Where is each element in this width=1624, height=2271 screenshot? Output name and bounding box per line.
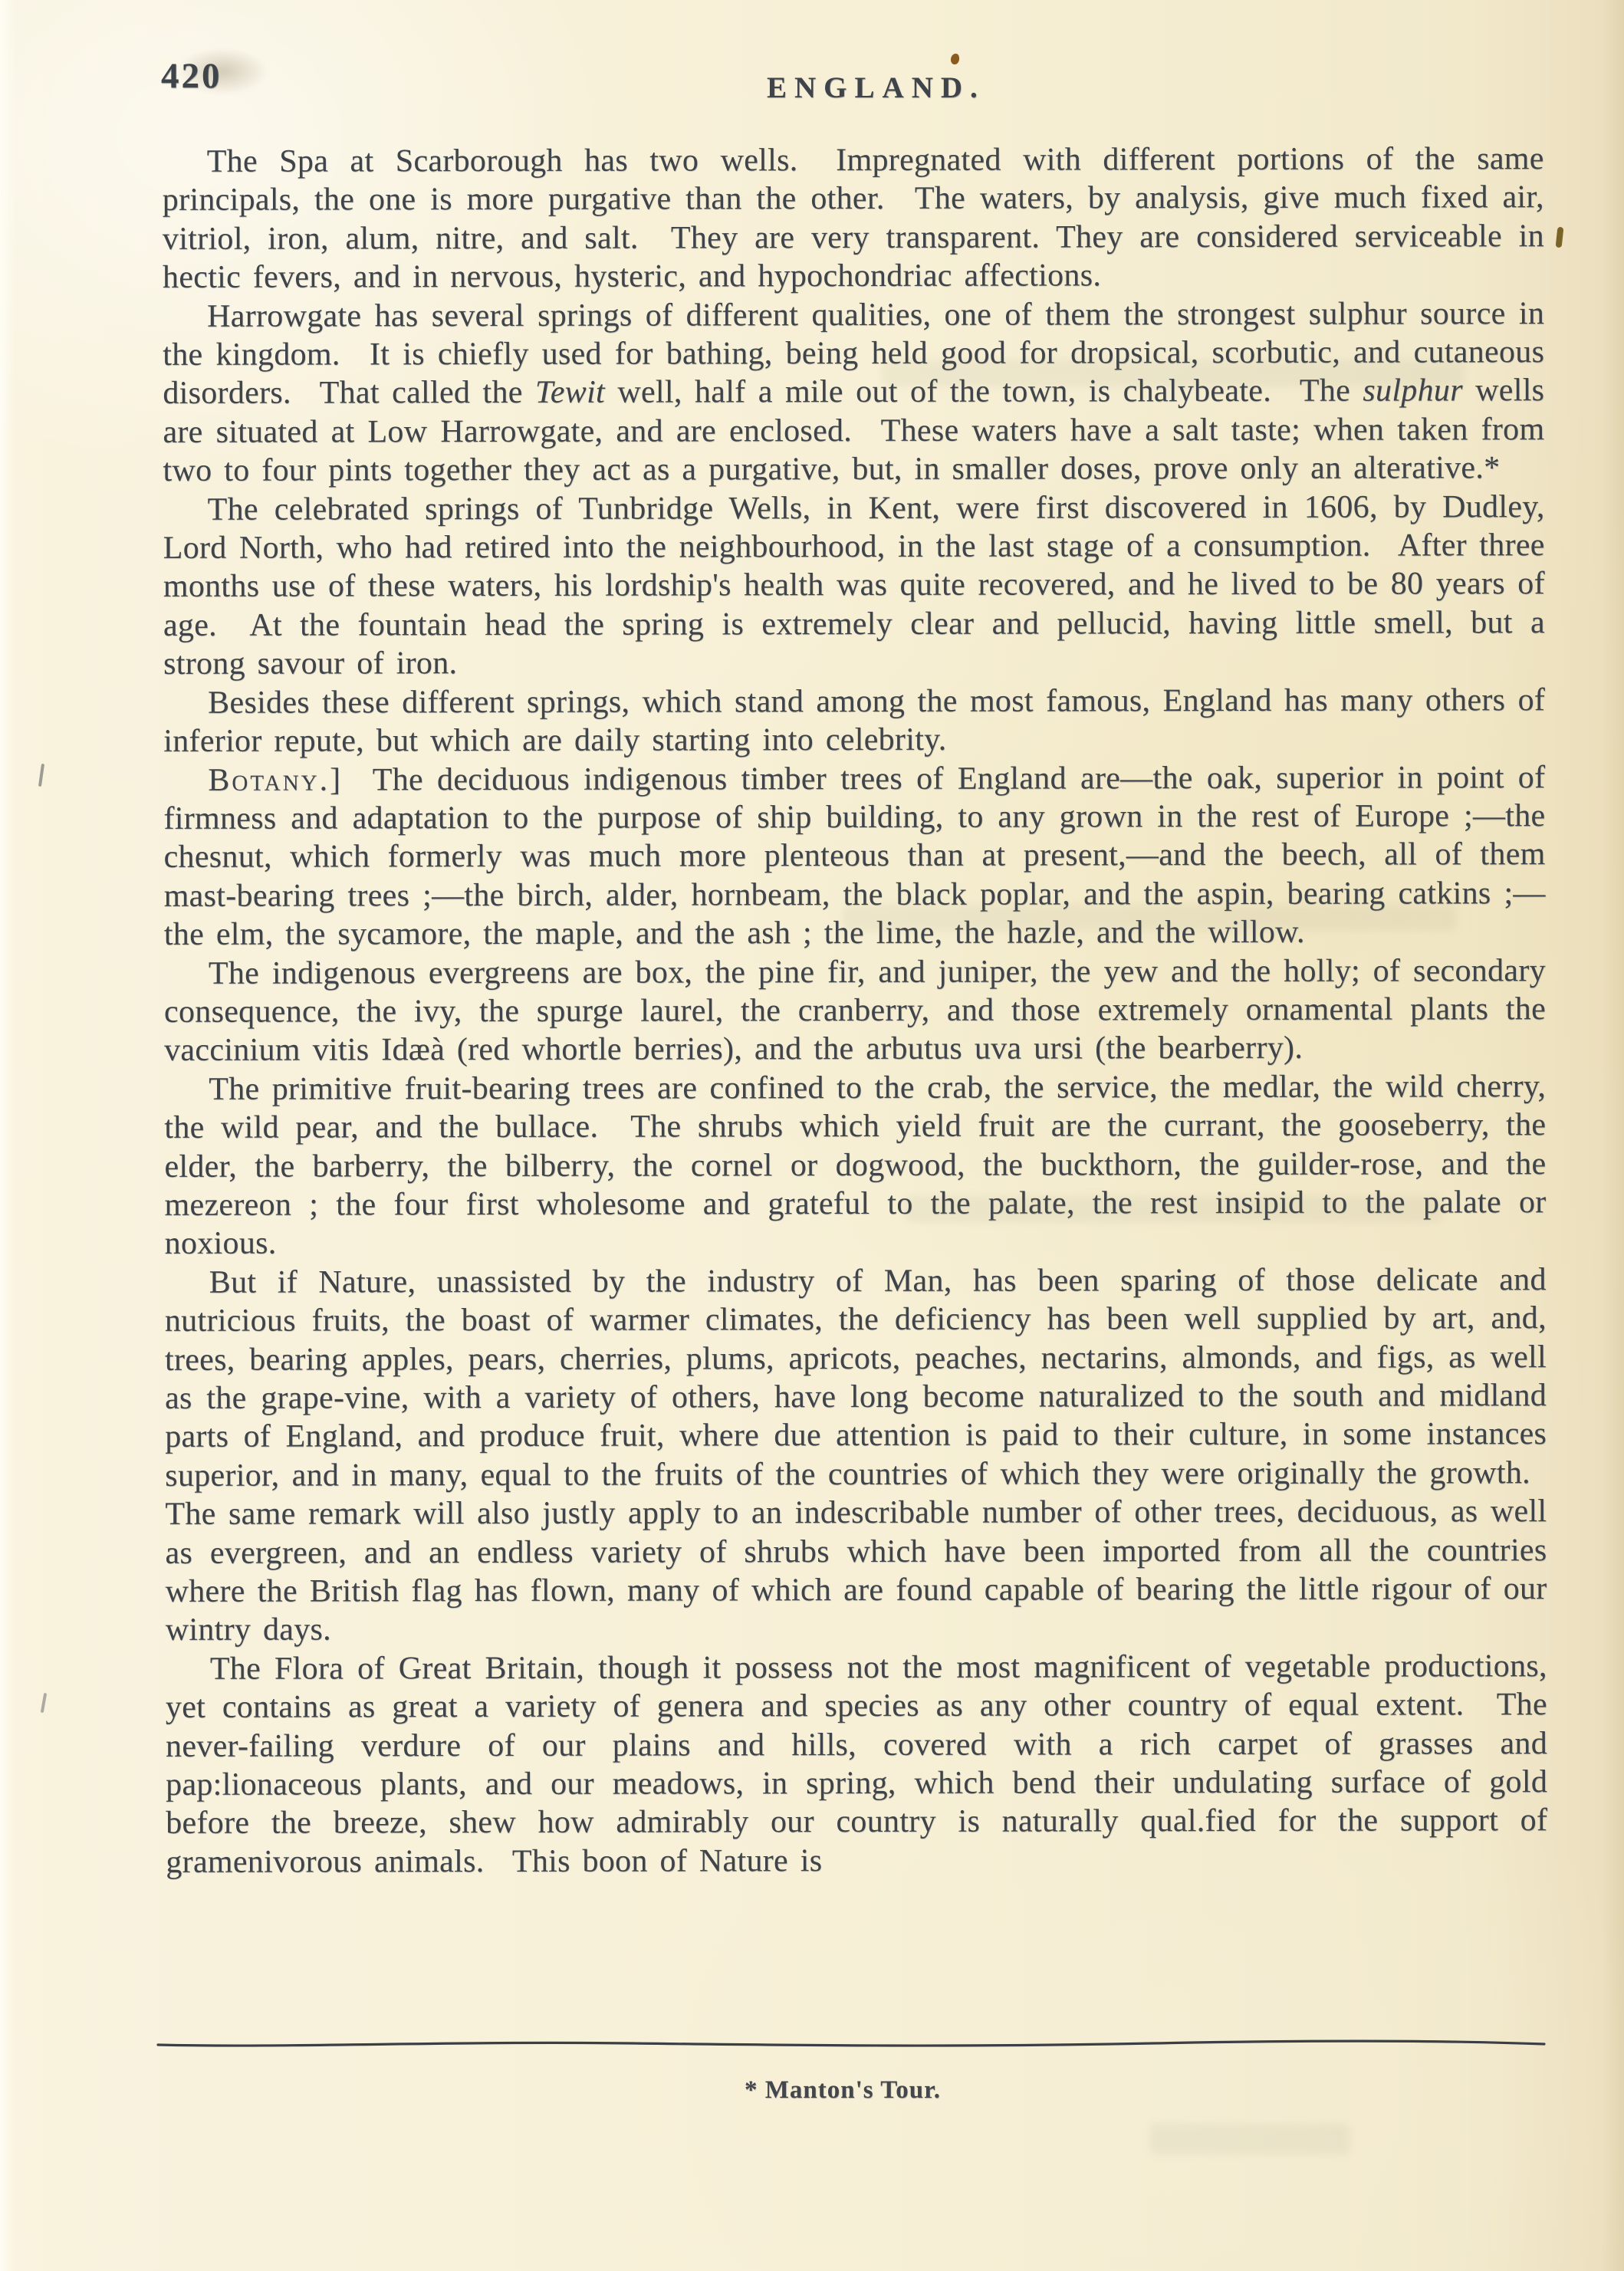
show-through-artifact — [1150, 2124, 1349, 2154]
paragraph: The indigenous evergreens are box, the p… — [164, 951, 1546, 1070]
paper-speck-icon — [951, 54, 959, 64]
paragraph: The primitive fruit-bearing trees are co… — [164, 1067, 1547, 1264]
text-segment: The primitive fruit-bearing trees are co… — [164, 1069, 1546, 1261]
text-segment: Tewit — [535, 375, 605, 410]
text-segment: But if Nature, unassisted by the industr… — [165, 1262, 1547, 1648]
text-segment: The Spa at Scarborough has two wells. Im… — [163, 141, 1544, 295]
paragraph: The Flora of Great Britain, though it po… — [166, 1647, 1548, 1882]
text-segment: The Flora of Great Britain, though it po… — [166, 1648, 1547, 1880]
footnote-rule — [156, 2038, 1546, 2052]
text-segment: Besides these different springs, which s… — [163, 682, 1545, 759]
show-through-artifact — [882, 360, 1465, 386]
page-number: 420 — [161, 55, 222, 97]
section-heading: Botany.] — [208, 762, 343, 797]
show-through-artifact — [843, 905, 1457, 931]
paragraph: Harrowgate has several springs of differ… — [163, 294, 1545, 491]
text-block: The Spa at Scarborough has two wells. Im… — [163, 140, 1548, 1882]
show-through-artifact — [905, 1196, 1442, 1222]
paragraph: But if Nature, unassisted by the industr… — [165, 1260, 1547, 1650]
margin-tick-icon — [38, 764, 44, 787]
margin-tick-icon — [41, 1693, 47, 1713]
paragraph: The Spa at Scarborough has two wells. Im… — [163, 140, 1544, 297]
paragraph: The celebrated springs of Tunbridge Well… — [163, 488, 1546, 684]
running-header: ENGLAND. — [767, 71, 985, 105]
paragraph: Besides these different springs, which s… — [163, 681, 1545, 761]
scanned-book-page: 420 ENGLAND. The Spa at Scarborough has … — [0, 0, 1624, 2271]
ink-mark-icon — [1556, 227, 1564, 248]
footnote-text: * Manton's Tour. — [31, 2076, 1624, 2105]
text-segment: The celebrated springs of Tunbridge Well… — [163, 489, 1545, 682]
text-segment: The indigenous evergreens are box, the p… — [164, 953, 1546, 1069]
